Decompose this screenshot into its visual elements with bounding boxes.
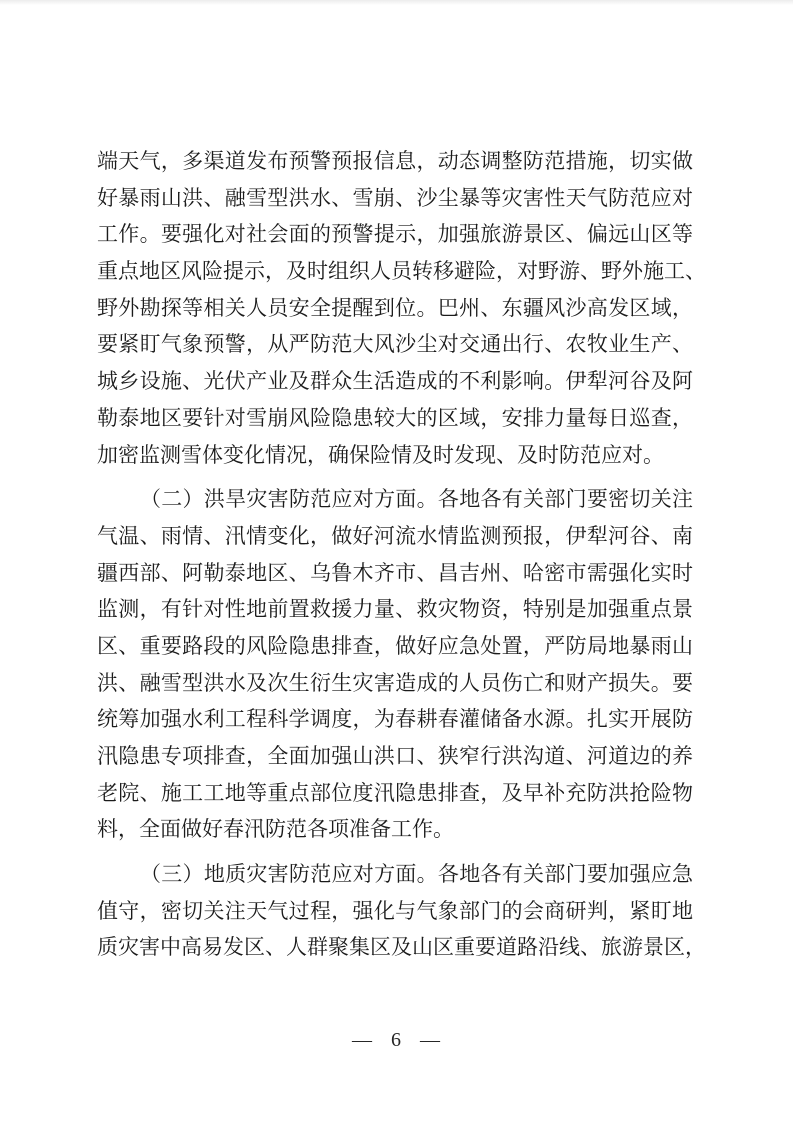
text-line: 气温、雨情、汛情变化，做好河流水情监测预报，伊犁河谷、南 [97,518,693,555]
text-line: 端天气，多渠道发布预警预报信息，动态调整防范措施，切实做 [97,143,693,180]
section-heading-line: （三）地质灾害防范应对方面。各地各有关部门要加强应急 [97,856,693,893]
text-line: 统筹加强水利工程科学调度，为春耕春灌储备水源。扎实开展防 [97,701,693,738]
document-body: 端天气，多渠道发布预警预报信息，动态调整防范措施，切实做 好暴雨山洪、融雪型洪水… [97,143,693,966]
text-line: 勒泰地区要针对雪崩风险隐患较大的区域，安排力量每日巡查， [97,400,693,437]
text-line: 料，全面做好春汛防范各项准备工作。 [97,811,693,848]
text-line: 洪、融雪型洪水及次生衍生灾害造成的人员伤亡和财产损失。要 [97,665,693,702]
paragraph-continuation: 端天气，多渠道发布预警预报信息，动态调整防范措施，切实做 好暴雨山洪、融雪型洪水… [97,143,693,473]
text-line: 疆西部、阿勒泰地区、乌鲁木齐市、昌吉州、哈密市需强化实时 [97,555,693,592]
text-line: 值守，密切关注天气过程，强化与气象部门的会商研判，紧盯地 [97,893,693,930]
text-line: 监测，有针对性地前置救援力量、救灾物资，特别是加强重点景 [97,591,693,628]
text-line: 城乡设施、光伏产业及群众生活造成的不利影响。伊犁河谷及阿 [97,363,693,400]
section-heading-line: （二）洪旱灾害防范应对方面。各地各有关部门要密切关注 [97,481,693,518]
scan-edge-shadow [0,0,793,5]
text-line: 要紧盯气象预警，从严防范大风沙尘对交通出行、农牧业生产、 [97,326,693,363]
text-line: 汛隐患专项排查，全面加强山洪口、狭窄行洪沟道、河道边的养 [97,738,693,775]
text-line: 质灾害中高易发区、人群聚集区及山区重要道路沿线、旅游景区， [97,929,693,966]
document-page: 端天气，多渠道发布预警预报信息，动态调整防范措施，切实做 好暴雨山洪、融雪型洪水… [0,0,793,1122]
text-line: 区、重要路段的风险隐患排查，做好应急处置，严防局地暴雨山 [97,628,693,665]
paragraph-section-2-flood-drought: （二）洪旱灾害防范应对方面。各地各有关部门要密切关注 气温、雨情、汛情变化，做好… [97,481,693,848]
text-line: 工作。要强化对社会面的预警提示，加强旅游景区、偏远山区等 [97,216,693,253]
text-line: 好暴雨山洪、融雪型洪水、雪崩、沙尘暴等灾害性天气防范应对 [97,180,693,217]
paragraph-section-3-geological: （三）地质灾害防范应对方面。各地各有关部门要加强应急 值守，密切关注天气过程，强… [97,856,693,966]
text-line: 加密监测雪体变化情况，确保险情及时发现、及时防范应对。 [97,437,693,474]
page-number: — 6 — [0,1028,793,1052]
text-line: 老院、施工工地等重点部位度汛隐患排查，及早补充防洪抢险物 [97,775,693,812]
text-line: 重点地区风险提示，及时组织人员转移避险，对野游、野外施工、 [97,253,693,290]
text-line: 野外勘探等相关人员安全提醒到位。巴州、东疆风沙高发区域， [97,290,693,327]
